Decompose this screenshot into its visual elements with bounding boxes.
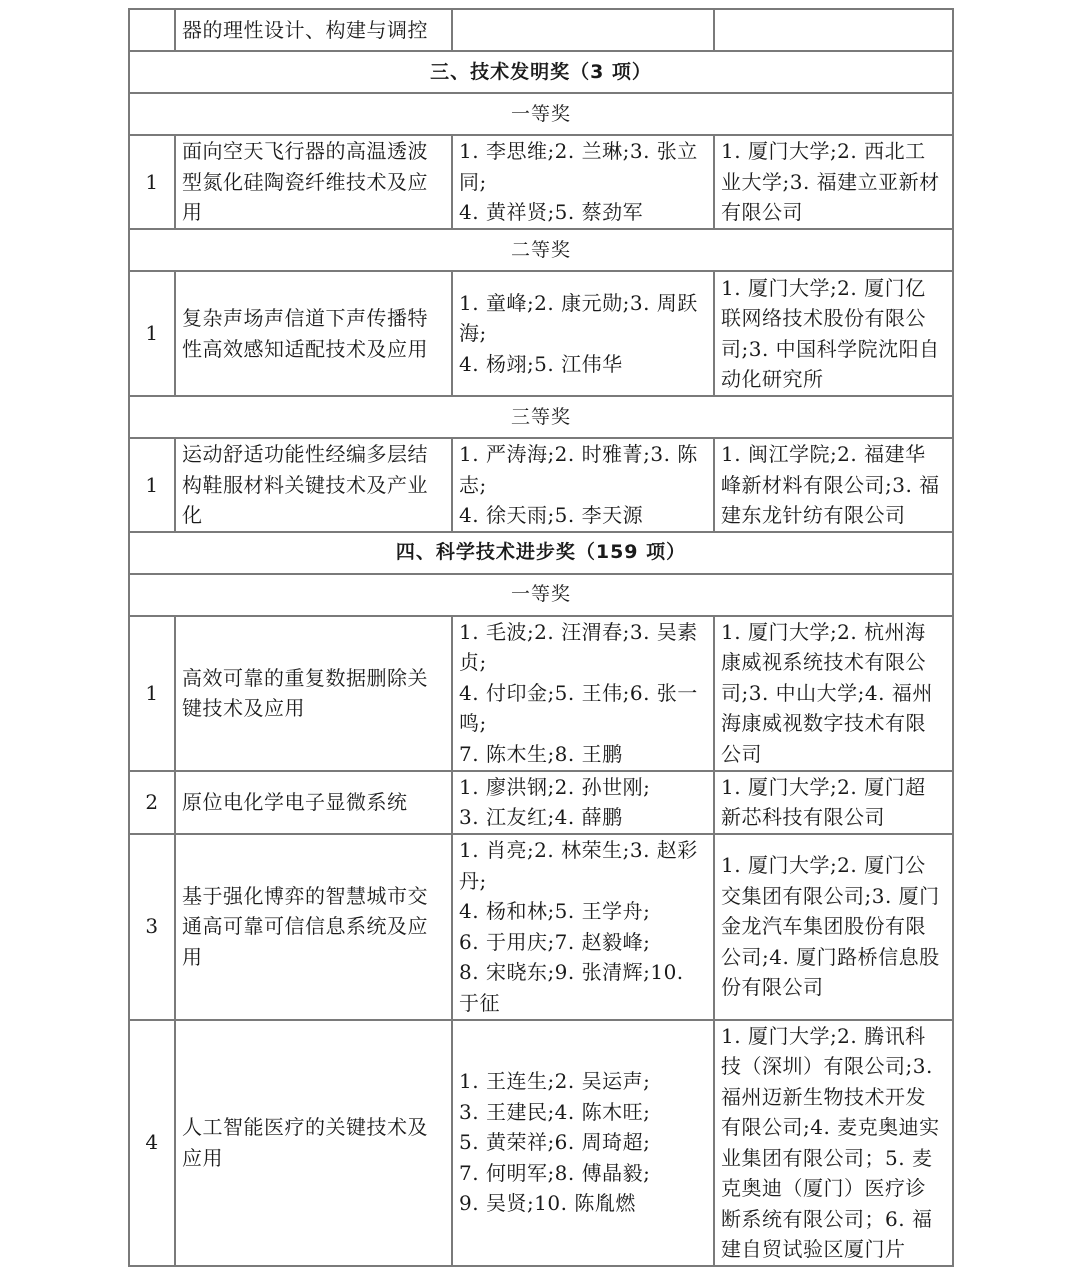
- row-number: 1: [129, 135, 175, 229]
- people-line: 8. 宋晓东;9. 张清辉;10. 于征: [459, 957, 707, 1018]
- people-line: 1. 李思维;2. 兰琳;3. 张立同;: [459, 136, 707, 197]
- people-line: 7. 陈木生;8. 王鹏: [459, 739, 707, 770]
- people-line: 1. 廖洪钢;2. 孙世刚;: [459, 772, 707, 803]
- project-people: 1. 毛波;2. 汪渭春;3. 吴素贞; 4. 付印金;5. 王伟;6. 张一鸣…: [452, 616, 714, 771]
- table-row: 3 基于强化博弈的智慧城市交通高可靠可信信息系统及应用 1. 肖亮;2. 林荣生…: [129, 834, 953, 1020]
- project-title: 运动舒适功能性经编多层结构鞋服材料关键技术及产业化: [175, 438, 452, 532]
- people-line: 3. 王建民;4. 陈木旺;: [459, 1097, 707, 1128]
- project-people: 1. 严涛海;2. 时雅菁;3. 陈志; 4. 徐天雨;5. 李天源: [452, 438, 714, 532]
- project-orgs: 1. 厦门大学;2. 厦门公交集团有限公司;3. 厦门金龙汽车集团股份有限公司;…: [714, 834, 953, 1020]
- people-line: 9. 吴贤;10. 陈胤燃: [459, 1188, 707, 1219]
- section-heading-sci-tech-progress: 四、科学技术进步奖（159 项）: [129, 532, 953, 574]
- project-people: 1. 廖洪钢;2. 孙世刚; 3. 江友红;4. 薛鹏: [452, 771, 714, 834]
- project-title: 高效可靠的重复数据删除关键技术及应用: [175, 616, 452, 771]
- grade-heading-row: 三等奖: [129, 396, 953, 438]
- row-number: 2: [129, 771, 175, 834]
- table-row: 1 运动舒适功能性经编多层结构鞋服材料关键技术及产业化 1. 严涛海;2. 时雅…: [129, 438, 953, 532]
- people-line: 1. 毛波;2. 汪渭春;3. 吴素贞;: [459, 617, 707, 678]
- project-people: 1. 童峰;2. 康元勋;3. 周跃海; 4. 杨翊;5. 江伟华: [452, 271, 714, 396]
- row-number: 1: [129, 616, 175, 771]
- grade-heading-third: 三等奖: [129, 396, 953, 438]
- grade-heading-row: 二等奖: [129, 229, 953, 271]
- project-title: 复杂声场声信道下声传播特性高效感知适配技术及应用: [175, 271, 452, 396]
- people-line: 4. 黄祥贤;5. 蔡劲军: [459, 197, 707, 228]
- people-line: 5. 黄荣祥;6. 周琦超;: [459, 1127, 707, 1158]
- table-row: 2 原位电化学电子显微系统 1. 廖洪钢;2. 孙世刚; 3. 江友红;4. 薛…: [129, 771, 953, 834]
- project-orgs: [714, 9, 953, 51]
- grade-heading-row: 一等奖: [129, 93, 953, 135]
- project-orgs: 1. 厦门大学;2. 厦门亿联网络技术股份有限公司;3. 中国科学院沈阳自动化研…: [714, 271, 953, 396]
- grade-heading-first: 一等奖: [129, 574, 953, 616]
- section-heading-row: 三、技术发明奖（3 项）: [129, 51, 953, 93]
- people-line: 4. 杨翊;5. 江伟华: [459, 349, 707, 380]
- table-row-continuation: 器的理性设计、构建与调控: [129, 9, 953, 51]
- section-heading-row: 四、科学技术进步奖（159 项）: [129, 532, 953, 574]
- grade-heading-first: 一等奖: [129, 93, 953, 135]
- project-title: 面向空天飞行器的高温透波型氮化硅陶瓷纤维技术及应用: [175, 135, 452, 229]
- project-orgs: 1. 厦门大学;2. 厦门超新芯科技有限公司: [714, 771, 953, 834]
- grade-heading-second: 二等奖: [129, 229, 953, 271]
- row-number: 1: [129, 438, 175, 532]
- project-people: 1. 王连生;2. 吴运声; 3. 王建民;4. 陈木旺; 5. 黄荣祥;6. …: [452, 1020, 714, 1266]
- project-title: 器的理性设计、构建与调控: [175, 9, 452, 51]
- row-number: 3: [129, 834, 175, 1020]
- people-line: 3. 江友红;4. 薛鹏: [459, 802, 707, 833]
- people-line: 1. 王连生;2. 吴运声;: [459, 1066, 707, 1097]
- people-line: 1. 童峰;2. 康元勋;3. 周跃海;: [459, 288, 707, 349]
- row-number: 4: [129, 1020, 175, 1266]
- project-orgs: 1. 厦门大学;2. 杭州海康威视系统技术有限公司;3. 中山大学;4. 福州海…: [714, 616, 953, 771]
- project-title: 基于强化博弈的智慧城市交通高可靠可信信息系统及应用: [175, 834, 452, 1020]
- project-title: 人工智能医疗的关键技术及应用: [175, 1020, 452, 1266]
- row-number: [129, 9, 175, 51]
- project-orgs: 1. 厦门大学;2. 西北工业大学;3. 福建立亚新材有限公司: [714, 135, 953, 229]
- people-line: 4. 徐天雨;5. 李天源: [459, 500, 707, 531]
- table-row: 4 人工智能医疗的关键技术及应用 1. 王连生;2. 吴运声; 3. 王建民;4…: [129, 1020, 953, 1266]
- people-line: 7. 何明军;8. 傅晶毅;: [459, 1158, 707, 1189]
- table-row: 1 面向空天飞行器的高温透波型氮化硅陶瓷纤维技术及应用 1. 李思维;2. 兰琳…: [129, 135, 953, 229]
- project-title: 原位电化学电子显微系统: [175, 771, 452, 834]
- project-orgs: 1. 厦门大学;2. 腾讯科技（深圳）有限公司;3. 福州迈新生物技术开发有限公…: [714, 1020, 953, 1266]
- people-line: 4. 付印金;5. 王伟;6. 张一鸣;: [459, 678, 707, 739]
- table-row: 1 复杂声场声信道下声传播特性高效感知适配技术及应用 1. 童峰;2. 康元勋;…: [129, 271, 953, 396]
- awards-table: 器的理性设计、构建与调控 三、技术发明奖（3 项） 一等奖 1 面向空天飞行器的…: [128, 8, 954, 1267]
- people-line: 1. 肖亮;2. 林荣生;3. 赵彩丹;: [459, 835, 707, 896]
- section-heading-technical-invention: 三、技术发明奖（3 项）: [129, 51, 953, 93]
- row-number: 1: [129, 271, 175, 396]
- table-row: 1 高效可靠的重复数据删除关键技术及应用 1. 毛波;2. 汪渭春;3. 吴素贞…: [129, 616, 953, 771]
- project-orgs: 1. 闽江学院;2. 福建华峰新材料有限公司;3. 福建东龙针纺有限公司: [714, 438, 953, 532]
- grade-heading-row: 一等奖: [129, 574, 953, 616]
- project-people: 1. 李思维;2. 兰琳;3. 张立同; 4. 黄祥贤;5. 蔡劲军: [452, 135, 714, 229]
- people-line: 1. 严涛海;2. 时雅菁;3. 陈志;: [459, 439, 707, 500]
- people-line: 4. 杨和林;5. 王学舟;: [459, 896, 707, 927]
- project-people: 1. 肖亮;2. 林荣生;3. 赵彩丹; 4. 杨和林;5. 王学舟; 6. 于…: [452, 834, 714, 1020]
- people-line: 6. 于用庆;7. 赵毅峰;: [459, 927, 707, 958]
- project-people: [452, 9, 714, 51]
